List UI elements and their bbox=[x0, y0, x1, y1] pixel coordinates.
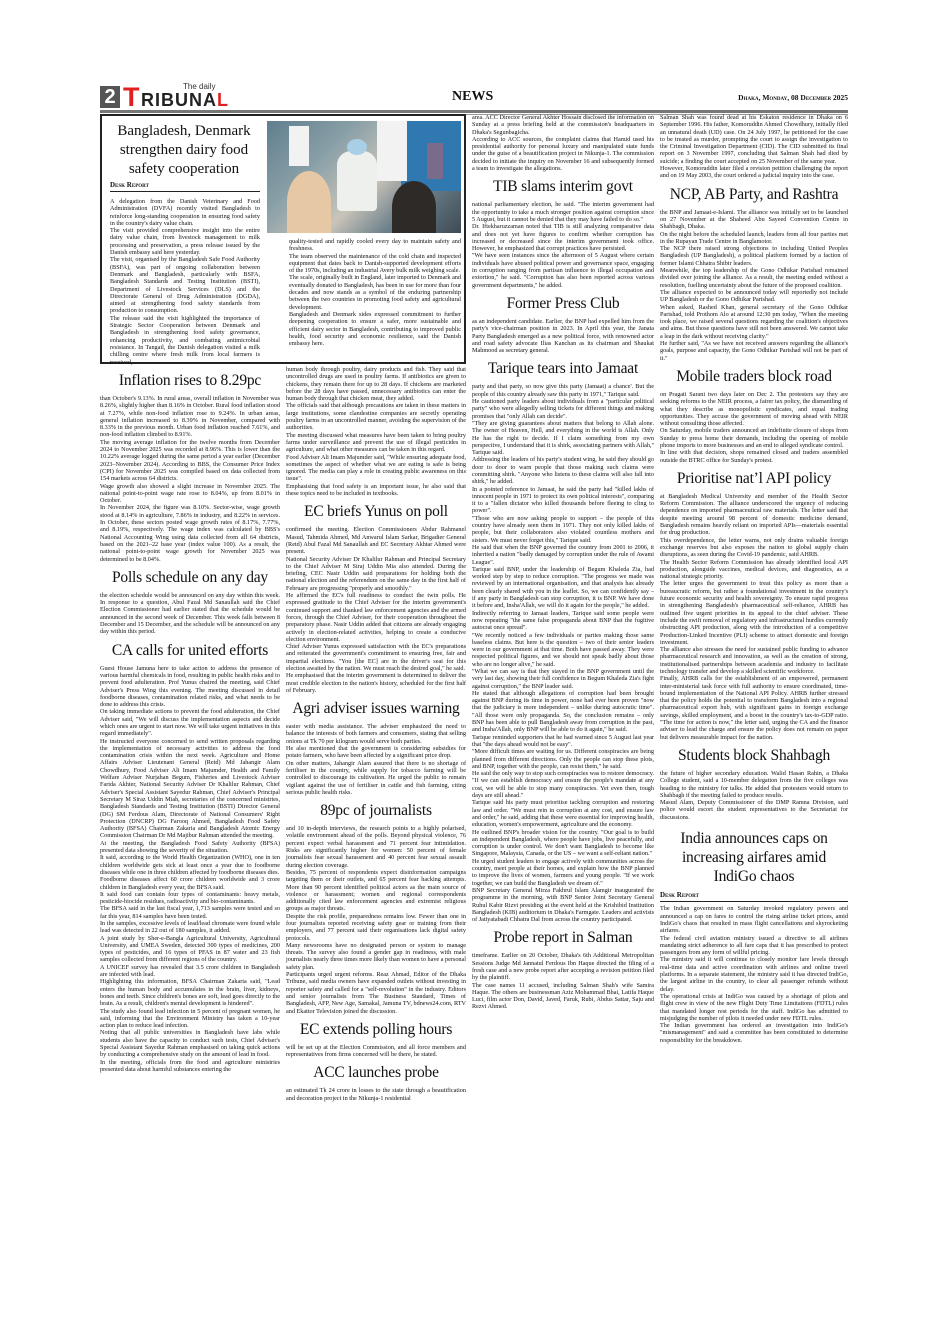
column-1: Inflation rises to 8.29pc than October's… bbox=[100, 366, 280, 1073]
paragraph: Tarique said BNP, under the leadership o… bbox=[472, 566, 654, 610]
feature-right-text: quality-tested and rapidly cooled every … bbox=[289, 238, 461, 347]
byline: Desk Report bbox=[660, 892, 848, 902]
headline-tib: TIB slams interim govt bbox=[472, 178, 654, 196]
paragraph: BNP Secretary General Mirza Fakhrul Isla… bbox=[472, 887, 654, 923]
paragraph: The moving average inflation for the twe… bbox=[100, 439, 280, 483]
paragraph: On taking immediate actions to prevent t… bbox=[100, 708, 280, 737]
column-2: human body through poultry, dairy produc… bbox=[286, 366, 466, 1102]
paragraph: Masud Alam, Deputy Commissioner of the D… bbox=[660, 799, 848, 821]
headline-inflation: Inflation rises to 8.29pc bbox=[100, 372, 280, 390]
paragraph: The scale, originally built in England, … bbox=[289, 274, 461, 310]
paragraph: an estimated Tk 24 crore in losses to th… bbox=[286, 1087, 466, 1102]
paragraph: The team observed the maintenance of the… bbox=[289, 253, 461, 275]
section-title: NEWS bbox=[452, 89, 493, 105]
paragraph: Wage growth also showed a slight increas… bbox=[100, 483, 280, 505]
paragraph: The study also found lead infection in 5… bbox=[100, 1008, 280, 1030]
paragraph: Tarique reminded supporters that he had … bbox=[472, 734, 654, 749]
byline: Desk Report bbox=[110, 182, 260, 192]
headline-acc: ACC launches probe bbox=[286, 1064, 466, 1082]
paragraph: On the night before the scheduled launch… bbox=[660, 231, 848, 246]
paragraph: In line with that decision, shops remain… bbox=[660, 449, 848, 464]
paragraph: On other matters, Jahangir Alam assured … bbox=[286, 760, 466, 796]
paragraph: than October's 9.13%. In rural areas, ov… bbox=[100, 395, 280, 439]
paragraph: Foodborne diseases affect 60 crore child… bbox=[100, 876, 280, 891]
paragraph: However, Komoruddin later filed a revisi… bbox=[660, 165, 848, 180]
paragraph: The Indian government has ordered an inv… bbox=[660, 1022, 848, 1044]
paragraph: Meanwhile, the top leadership of the Gon… bbox=[660, 267, 848, 289]
masthead: 2 The daily T RIBUNAL NEWS Dhaka, Monday… bbox=[100, 84, 848, 110]
paragraph: The case names 11 accused, including Sal… bbox=[472, 982, 654, 1011]
paragraph: The federal civil aviation ministry issu… bbox=[660, 935, 848, 957]
paragraph: The officials said that although precaut… bbox=[286, 402, 466, 431]
paragraph: Highlighting this information, BFSA Chai… bbox=[100, 978, 280, 1007]
paragraph: He instructed everyone concerned to send… bbox=[100, 738, 280, 840]
paragraph: The operational crisis at IndiGo was cau… bbox=[660, 993, 848, 1022]
column-3: area. ACC Director General Akhter Hossai… bbox=[472, 114, 654, 1011]
page-number: 2 bbox=[100, 86, 120, 108]
paragraph: The ministry said it will continue to cl… bbox=[660, 956, 848, 992]
feature-article-dairy: Bangladesh, Denmark strengthen dairy foo… bbox=[100, 114, 466, 364]
paragraph: easier with media assistance. The advise… bbox=[286, 723, 466, 745]
paragraph: party and that party, so now give this p… bbox=[472, 383, 654, 398]
paragraph: "What we can say is that they stayed in … bbox=[472, 668, 654, 690]
paragraph: "We have seen instances since the aftern… bbox=[472, 252, 654, 288]
paragraph: It said food can contain four types of c… bbox=[100, 891, 280, 906]
headline-ncp: NCP, AB Party, and Rashtra bbox=[660, 186, 848, 204]
paragraph: Indirectly referring to Jamaat leaders, … bbox=[472, 610, 654, 632]
paragraph: The meeting discussed what measures have… bbox=[286, 432, 466, 454]
paragraph: The Health Sector Reform Commission has … bbox=[660, 559, 848, 581]
feature-left-text: A delegation from the Danish Veterinary … bbox=[110, 198, 260, 366]
paragraph: In the meeting, officials from the food … bbox=[100, 1059, 280, 1074]
headline-ca-calls: CA calls for united efforts bbox=[100, 642, 280, 660]
logo-wordmark: RIBUNAL bbox=[141, 91, 229, 109]
paragraph: at Bangladesh Medical University and mem… bbox=[660, 493, 848, 537]
newspaper-page: 2 The daily T RIBUNAL NEWS Dhaka, Monday… bbox=[100, 84, 848, 110]
headline-salman: Probe report in Salman bbox=[472, 929, 654, 947]
paragraph: He emphasised that the interim governmen… bbox=[286, 672, 466, 694]
paragraph: A delegation from the Danish Veterinary … bbox=[110, 198, 260, 227]
paragraph: According to ACC sources, the complaint … bbox=[472, 136, 654, 172]
paragraph: The alliance expected to be announced to… bbox=[660, 289, 848, 304]
paragraph: the election schedule would be announced… bbox=[100, 592, 280, 636]
paragraph: Bangladesh and Denmark sides expressed c… bbox=[289, 311, 461, 347]
paragraph: area. ACC Director General Akhter Hossai… bbox=[472, 114, 654, 136]
paragraph: He cautioned party leaders about individ… bbox=[472, 398, 654, 420]
masthead-rule bbox=[100, 110, 848, 113]
paragraph: Chief Adviser Yunus expressed satisfacti… bbox=[286, 643, 466, 672]
paragraph: Food Adviser Ali Imam Majumder said, "Wh… bbox=[286, 454, 466, 483]
paragraph: human body through poultry, dairy produc… bbox=[286, 366, 466, 402]
paragraph: The visit, organised by the Bangladesh S… bbox=[110, 256, 260, 314]
paragraph: At the meeting, the Bangladesh Food Safe… bbox=[100, 840, 280, 855]
paragraph: In a pointed reference to Jamaat, he sai… bbox=[472, 486, 654, 515]
paragraph: Guest House Jamuna here to take action t… bbox=[100, 665, 280, 709]
paragraph: When asked, Rashed Khan, general secreta… bbox=[660, 304, 848, 340]
paragraph: It said, according to the World Health O… bbox=[100, 854, 280, 876]
headline-tarique: Tarique tears into Jamaat bbox=[472, 360, 654, 378]
paragraph: Emphasising that food safety is an impor… bbox=[286, 483, 466, 498]
paragraph: The release said the visit highlighted t… bbox=[110, 315, 260, 366]
paragraph: Participants urged urgent reforms. Reaz … bbox=[286, 971, 466, 1015]
headline-india-airfares: India announces caps on increasing airfa… bbox=[676, 829, 832, 886]
paragraph: He stated that although allegations of c… bbox=[472, 690, 654, 734]
paragraph: In November 2024, the figure was 8.10%. … bbox=[100, 504, 280, 562]
paragraph: He said that when the BNP governed the c… bbox=[472, 544, 654, 566]
feature-headline: Bangladesh, Denmark strengthen dairy foo… bbox=[110, 122, 258, 179]
dateline: Dhaka, Monday, 08 December 2025 bbox=[738, 93, 848, 102]
paragraph: Addressing the leaders of his party's st… bbox=[472, 456, 654, 485]
paragraph: In the samples, excessive levels of lead… bbox=[100, 920, 280, 935]
paragraph: Finally, AHRB calls for the establishmen… bbox=[660, 675, 848, 741]
paragraph: He urged student leaders to engage activ… bbox=[472, 858, 654, 887]
paragraph: Tarique said his party must prioritise t… bbox=[472, 799, 654, 828]
paragraph: "Those who are now asking people to supp… bbox=[472, 515, 654, 544]
paragraph: The letter urges the government to treat… bbox=[660, 580, 848, 646]
paragraph: "More difficult times are waiting for us… bbox=[472, 748, 654, 770]
headline-polling-hours: EC extends polling hours bbox=[286, 1021, 466, 1039]
logo-first-letter: T bbox=[123, 85, 140, 109]
paragraph: "They are giving guarantees about matter… bbox=[472, 420, 654, 456]
logo-rest: RIBUNA bbox=[141, 90, 217, 110]
paragraph: He outlined BNP's broader vision for the… bbox=[472, 829, 654, 858]
paragraph: Noting that all public universities in B… bbox=[100, 1029, 280, 1058]
paragraph: and 10 in-depth interviews, the research… bbox=[286, 825, 466, 869]
paragraph: Despite the risk profile, preparedness r… bbox=[286, 913, 466, 942]
paragraph: On Saturday, mobile traders announced an… bbox=[660, 427, 848, 449]
headline-mobile-traders: Mobile traders block road bbox=[660, 368, 848, 386]
paragraph: He further said, "As we have not receive… bbox=[660, 340, 848, 362]
paragraph: on Pragati Sarani two days later on Dec … bbox=[660, 391, 848, 427]
headline-agri: Agri adviser issues warning bbox=[286, 700, 466, 718]
paragraph: the BNP and Jamaat-e-Islami. The allianc… bbox=[660, 209, 848, 231]
paragraph: confirmed the meeting. Election Commissi… bbox=[286, 526, 466, 555]
column-4: Salman Shah was found dead at his Eskato… bbox=[660, 114, 848, 1044]
headline-api-policy: Prioritise nat’l API policy bbox=[660, 470, 848, 488]
headline-polls: Polls schedule on any day bbox=[100, 569, 280, 587]
paragraph: The NCP there raised strong objections t… bbox=[660, 245, 848, 267]
paragraph: The BFSA said in the last fiscal year, 1… bbox=[100, 905, 280, 920]
paragraph: will be set up at the Election Commissio… bbox=[286, 1044, 466, 1059]
paragraph: timeframe. Earlier on 20 October, Dhaka'… bbox=[472, 952, 654, 981]
paragraph: This overdependence, the letter warns, n… bbox=[660, 537, 848, 559]
paragraph: The visit provided comprehensive insight… bbox=[110, 227, 260, 256]
paragraph: A UNICEF survey has revealed that 3.5 cr… bbox=[100, 964, 280, 979]
headline-journalists: 89pc of journalists bbox=[286, 802, 466, 820]
paragraph: national parliamentary election, he said… bbox=[472, 201, 654, 223]
paragraph: The alliance also stresses the need for … bbox=[660, 646, 848, 675]
paragraph: He also mentioned that the government is… bbox=[286, 745, 466, 760]
headline-ec-briefs: EC briefs Yunus on poll bbox=[286, 503, 466, 521]
photo-dairy-inspection bbox=[267, 121, 461, 233]
logo-last-letter: L bbox=[217, 90, 229, 110]
paragraph: Many newsrooms have no designated person… bbox=[286, 942, 466, 971]
paragraph: He said the only way to stop such conspi… bbox=[472, 770, 654, 799]
headline-shahbagh: Students block Shahbagh bbox=[660, 747, 848, 765]
paragraph: Dr. Iftekharuzzaman noted that TIB is st… bbox=[472, 223, 654, 252]
paragraph: The Indian government on Saturday invoke… bbox=[660, 905, 848, 934]
paragraph: He affirmed the EC's full readiness to c… bbox=[286, 592, 466, 643]
paragraph: National Security Adviser Dr Khalilur Ra… bbox=[286, 556, 466, 592]
paragraph: as an independent candidate. Earlier, th… bbox=[472, 318, 654, 354]
paragraph: quality-tested and rapidly cooled every … bbox=[289, 238, 461, 253]
paragraph: Salman Shah was found dead at his Eskato… bbox=[660, 114, 848, 165]
feature-byline-wrap: Desk Report bbox=[110, 182, 260, 195]
paragraph: "We recently noticed a few individuals o… bbox=[472, 632, 654, 668]
paragraph: A joint study by Sher-e-Bangla Agricultu… bbox=[100, 935, 280, 964]
headline-press-club: Former Press Club bbox=[472, 295, 654, 313]
paragraph: the future of higher secondary education… bbox=[660, 770, 848, 799]
paragraph: Besides, 75 percent of respondents expec… bbox=[286, 869, 466, 913]
